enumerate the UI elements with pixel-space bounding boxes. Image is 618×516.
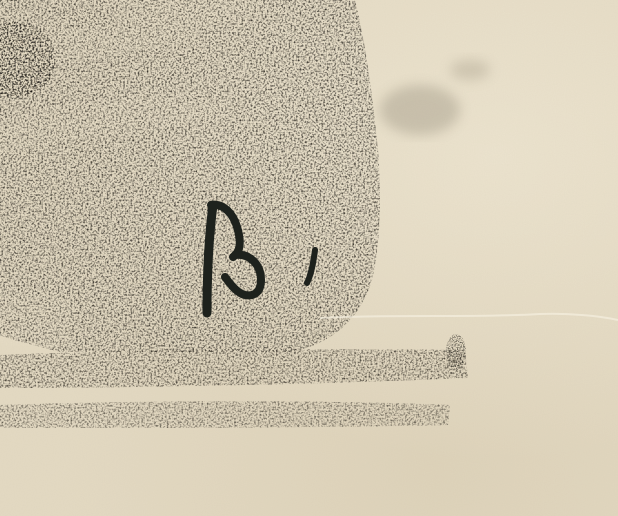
charcoal-drawing: B xyxy=(0,0,618,516)
monogram-signature xyxy=(195,195,335,325)
